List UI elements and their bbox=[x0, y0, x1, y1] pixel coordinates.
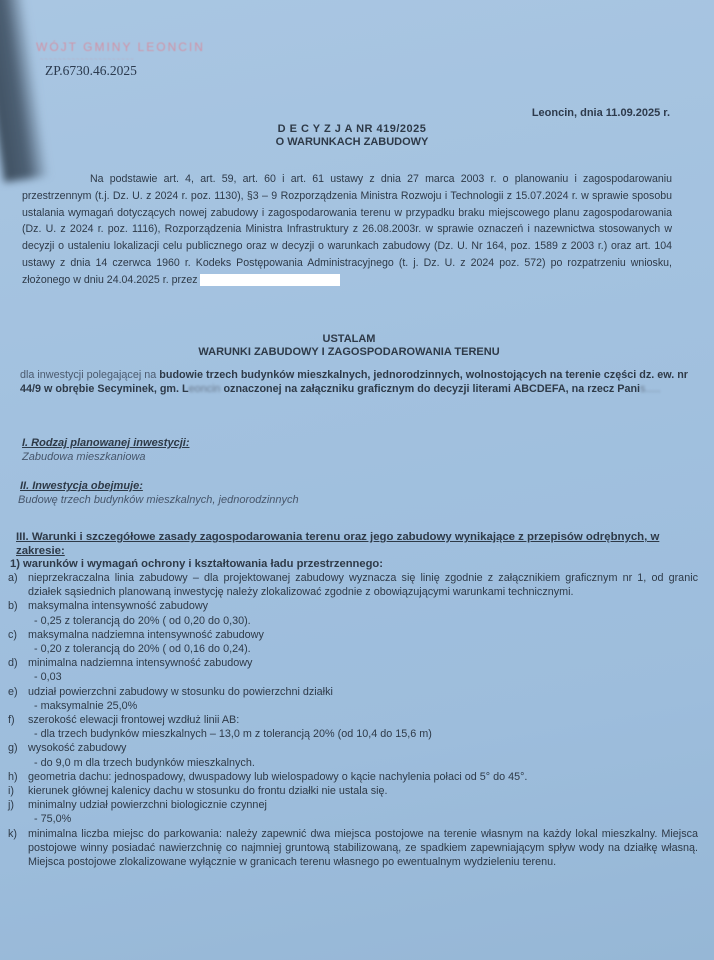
list-item: h)geometria dachu: jednospadowy, dwuspad… bbox=[8, 770, 698, 784]
list-item: d)minimalna nadziemna intensywność zabud… bbox=[8, 656, 698, 684]
list-item: i)kierunek głównej kalenicy dachu w stos… bbox=[8, 784, 698, 798]
section-iii-subheading: 1) warunków i wymagań ochrony i kształto… bbox=[10, 558, 383, 570]
section-ii-heading: II. Inwestycja obejmuje: bbox=[20, 480, 143, 492]
ruling-heading: USTALAM bbox=[0, 333, 706, 345]
finger-shadow bbox=[0, 0, 50, 182]
list-item: b)maksymalna intensywność zabudowy- 0,25… bbox=[8, 599, 698, 627]
list-item: k)minimalna liczba miejsc do parkowania:… bbox=[8, 827, 698, 870]
list-item: f)szerokość elewacji frontowej wzdłuż li… bbox=[8, 713, 698, 741]
list-item: g)wysokość zabudowy- do 9,0 m dla trzech… bbox=[8, 741, 698, 769]
place-date: Leoncin, dnia 11.09.2025 r. bbox=[532, 107, 670, 119]
blurred-text: s..... bbox=[640, 383, 660, 395]
conditions-list: a)nieprzekraczalna linia zabudowy – dla … bbox=[8, 571, 698, 869]
ruling-subheading: WARUNKI ZABUDOWY I ZAGOSPODAROWANIA TERE… bbox=[0, 346, 706, 358]
section-i-value: Zabudowa mieszkaniowa bbox=[22, 451, 146, 463]
section-iii-heading: III. Warunki i szczegółowe zasady zagosp… bbox=[16, 530, 701, 558]
decision-subtitle: O WARUNKACH ZABUDOWY bbox=[0, 136, 709, 148]
decision-title: D E C Y Z J A NR 419/2025 bbox=[0, 123, 709, 135]
section-i-heading: I. Rodzaj planowanej inwestycji: bbox=[22, 437, 189, 449]
list-item: a)nieprzekraczalna linia zabudowy – dla … bbox=[8, 571, 698, 599]
blurred-text: eoncin bbox=[189, 383, 221, 395]
reference-number: ZP.6730.46.2025 bbox=[45, 63, 137, 79]
list-item: j)minimalny udział powierzchni biologicz… bbox=[8, 798, 698, 826]
legal-basis-text: Na podstawie art. 4, art. 59, art. 60 i … bbox=[22, 173, 672, 286]
authority-stamp: WÓJT GMINY LEONCIN bbox=[36, 40, 205, 54]
redacted-name bbox=[200, 274, 340, 286]
legal-basis-paragraph: Na podstawie art. 4, art. 59, art. 60 i … bbox=[22, 171, 672, 289]
section-ii-value: Budowę trzech budynków mieszkalnych, jed… bbox=[18, 494, 299, 506]
investment-description: dla inwestycji polegającej na budowie tr… bbox=[20, 368, 688, 396]
list-item: e)udział powierzchni zabudowy w stosunku… bbox=[8, 685, 698, 713]
list-item: c)maksymalna nadziemna intensywność zabu… bbox=[8, 628, 698, 656]
